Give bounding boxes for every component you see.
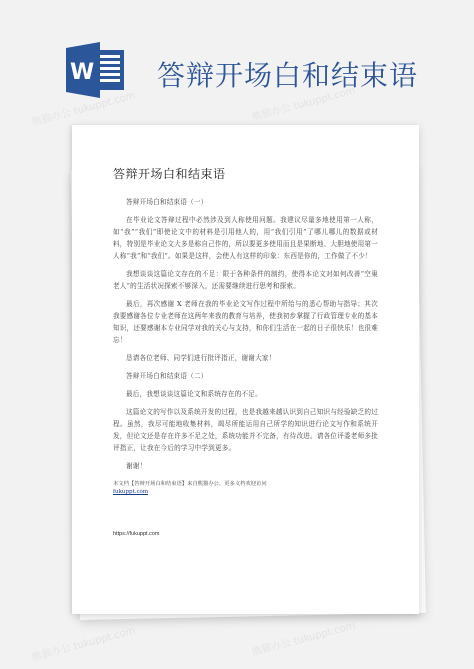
paragraph: 恳请各位老师、同学们进行批评指正，谢谢大家！ [113, 352, 378, 364]
source-link[interactable]: fukuppt.com [113, 488, 378, 496]
paragraph: 这篇论文的写作以及系统开发的过程，也是我越来越认识到自己知识与经验缺乏的过程。虽… [113, 406, 378, 454]
section-heading-2: 答辩开场白和结束语（二） [113, 370, 378, 382]
document-title: 答辩开场白和结束语 [113, 165, 378, 182]
paragraph: 谢谢！ [113, 460, 378, 472]
watermark: 熊猫办公 tukuppt.com [250, 616, 357, 658]
section-heading-1: 答辩开场白和结束语（一） [113, 196, 378, 208]
document-content: 答辩开场白和结束语 答辩开场白和结束语（一） 在毕业论文答辩过程中必然涉及到人称… [113, 165, 378, 496]
footer-url: https://fukuppt.com [113, 531, 159, 537]
watermark: 熊猫办公 tukuppt.com [30, 621, 137, 663]
svg-text:W: W [70, 60, 94, 85]
paragraph: 在毕业论文答辩过程中必然涉及到人称使用问题。我建议尽量多地使用第一人称，如“我”… [113, 214, 378, 262]
paragraph: 最后，我想谈谈这篇论文和系统存在的不足。 [113, 388, 378, 400]
page-heading: 答辩开场白和结束语 [157, 54, 418, 94]
paragraph: 最后，再次感谢 X 老师在我的毕业论文写作过程中所给与的悉心帮助与指导；其次我要… [113, 298, 378, 346]
header: W 答辩开场白和结束语 [0, 0, 474, 130]
paragraph: 我想谈谈这篇论文存在的不足：限于各种条件的制约，使得本论文对如何改善“空巢老人”… [113, 268, 378, 292]
document-page: 答辩开场白和结束语 答辩开场白和结束语（一） 在毕业论文答辩过程中必然涉及到人称… [72, 125, 419, 614]
word-icon: W [66, 42, 126, 98]
source-note: 本文档【答辩开场白和结束语】来自熊猫办公，更多文档欢迎访问 [113, 480, 378, 488]
